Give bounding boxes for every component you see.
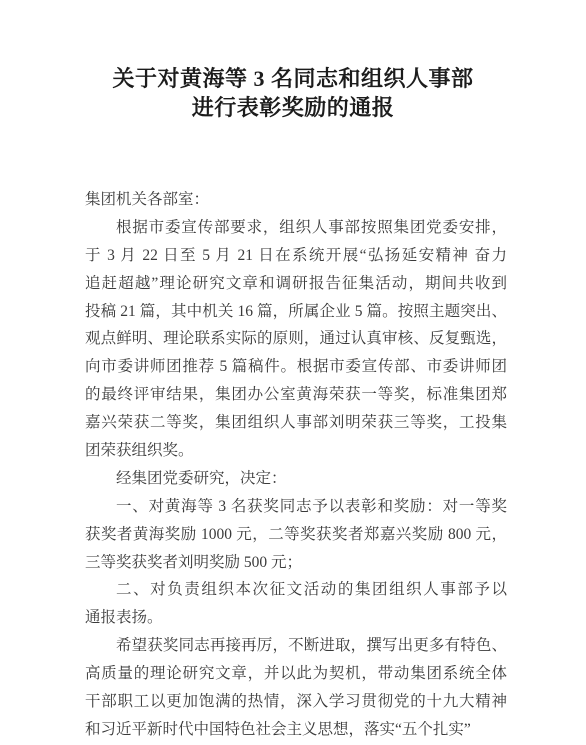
text-line: 团荣获组织奖。 — [85, 437, 507, 465]
document-page: 关于对黄海等 3 名同志和组织人事部 进行表彰奖励的通报 集团机关各部室：根据市… — [0, 0, 586, 745]
text-line: 和习近平新时代中国特色社会主义思想，落实“五个扎实” — [85, 716, 507, 744]
text-line: 投稿 21 篇，其中机关 16 篇，所属企业 5 篇。按照主题突出、 — [85, 298, 507, 326]
text-line: 经集团党委研究，决定： — [85, 465, 507, 493]
text-line: 根据市委宣传部要求，组织人事部按照集团党委安排， — [85, 214, 507, 242]
text-line: 追赶超越”理论研究文章和调研报告征集活动，期间共收到 — [85, 270, 507, 298]
text-line: 的最终评审结果，集团办公室黄海荣获一等奖，标准集团郑 — [85, 381, 507, 409]
document-title: 关于对黄海等 3 名同志和组织人事部 进行表彰奖励的通报 — [0, 64, 586, 122]
text-line: 观点鲜明、理论联系实际的原则，通过认真审核、反复甄选， — [85, 325, 507, 353]
text-line: 于 3 月 22 日至 5 月 21 日在系统开展“弘扬延安精神 奋力 — [85, 242, 507, 270]
text-line: 二、对负责组织本次征文活动的集团组织人事部予以 — [85, 576, 507, 604]
title-line-1: 关于对黄海等 3 名同志和组织人事部 — [112, 66, 473, 91]
title-line-2: 进行表彰奖励的通报 — [192, 95, 395, 120]
text-line: 获奖者黄海奖励 1000 元，二等奖获奖者郑嘉兴奖励 800 元， — [85, 521, 507, 549]
text-line: 三等奖获奖者刘明奖励 500 元； — [85, 549, 507, 577]
text-line: 通报表扬。 — [85, 604, 507, 632]
text-line: 干部职工以更加饱满的热情，深入学习贯彻党的十九大精神 — [85, 688, 507, 716]
text-line: 一、对黄海等 3 名获奖同志予以表彰和奖励：对一等奖 — [85, 493, 507, 521]
text-line: 高质量的理论研究文章，并以此为契机，带动集团系统全体 — [85, 660, 507, 688]
text-line: 希望获奖同志再接再厉，不断进取，撰写出更多有特色、 — [85, 632, 507, 660]
text-line: 集团机关各部室： — [85, 186, 507, 214]
document-body: 集团机关各部室：根据市委宣传部要求，组织人事部按照集团党委安排，于 3 月 22… — [85, 186, 507, 744]
text-line: 向市委讲师团推荐 5 篇稿件。根据市委宣传部、市委讲师团 — [85, 353, 507, 381]
text-line: 嘉兴荣获二等奖，集团组织人事部刘明荣获三等奖，工投集 — [85, 409, 507, 437]
